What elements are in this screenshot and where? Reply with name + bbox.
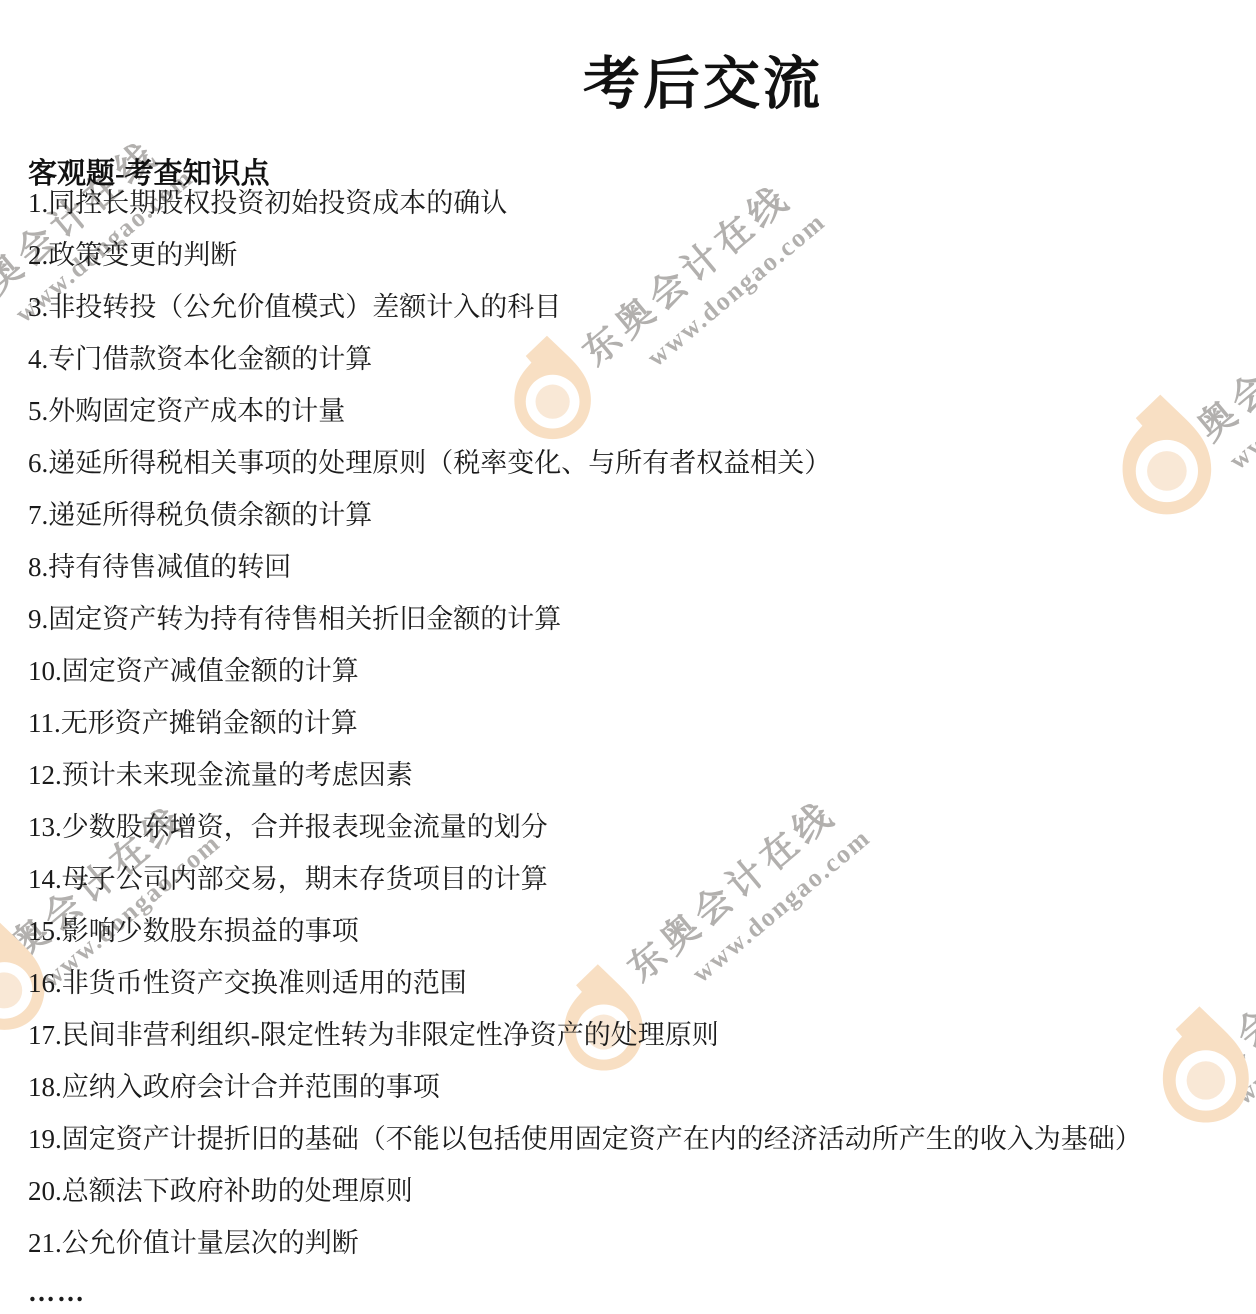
knowledge-point-item: 3.非投转投（公允价值模式）差额计入的科目 — [28, 278, 1250, 330]
knowledge-point-item: 7.递延所得税负债余额的计算 — [28, 486, 1250, 538]
knowledge-point-item: 9.固定资产转为持有待售相关折旧金额的计算 — [28, 590, 1250, 642]
knowledge-point-item: 12.预计未来现金流量的考虑因素 — [28, 746, 1250, 798]
knowledge-point-item: 16.非货币性资产交换准则适用的范围 — [28, 954, 1250, 1006]
knowledge-point-item: 19.固定资产计提折旧的基础（不能以包括使用固定资产在内的经济活动所产生的收入为… — [28, 1110, 1250, 1162]
knowledge-point-item: 8.持有待售减值的转回 — [28, 538, 1250, 590]
knowledge-point-item: 11.无形资产摊销金额的计算 — [28, 694, 1250, 746]
knowledge-point-item: 5.外购固定资产成本的计量 — [28, 382, 1250, 434]
document-page: { "document": { "title": "考后交流", "sectio… — [0, 0, 1256, 1314]
knowledge-point-item: 21.公允价值计量层次的判断 — [28, 1214, 1250, 1266]
ellipsis-row: …… — [28, 1266, 1250, 1314]
knowledge-point-item: 2.政策变更的判断 — [28, 226, 1250, 278]
document-title: 考后交流 — [0, 38, 1256, 120]
knowledge-point-item: 20.总额法下政府补助的处理原则 — [28, 1162, 1250, 1214]
knowledge-point-item: 15.影响少数股东损益的事项 — [28, 902, 1250, 954]
knowledge-point-item: 6.递延所得税相关事项的处理原则（税率变化、与所有者权益相关） — [28, 434, 1250, 486]
knowledge-point-item: 18.应纳入政府会计合并范围的事项 — [28, 1058, 1250, 1110]
knowledge-point-item: 13.少数股东增资，合并报表现金流量的划分 — [28, 798, 1250, 850]
knowledge-point-list: 1.同控长期股权投资初始投资成本的确认 2.政策变更的判断 3.非投转投（公允价… — [28, 174, 1250, 1314]
knowledge-point-item: 4.专门借款资本化金额的计算 — [28, 330, 1250, 382]
knowledge-point-item: 10.固定资产减值金额的计算 — [28, 642, 1250, 694]
knowledge-point-item: 17.民间非营利组织-限定性转为非限定性净资产的处理原则 — [28, 1006, 1250, 1058]
knowledge-point-item: 1.同控长期股权投资初始投资成本的确认 — [28, 174, 1250, 226]
knowledge-point-item: 14.母子公司内部交易，期末存货项目的计算 — [28, 850, 1250, 902]
